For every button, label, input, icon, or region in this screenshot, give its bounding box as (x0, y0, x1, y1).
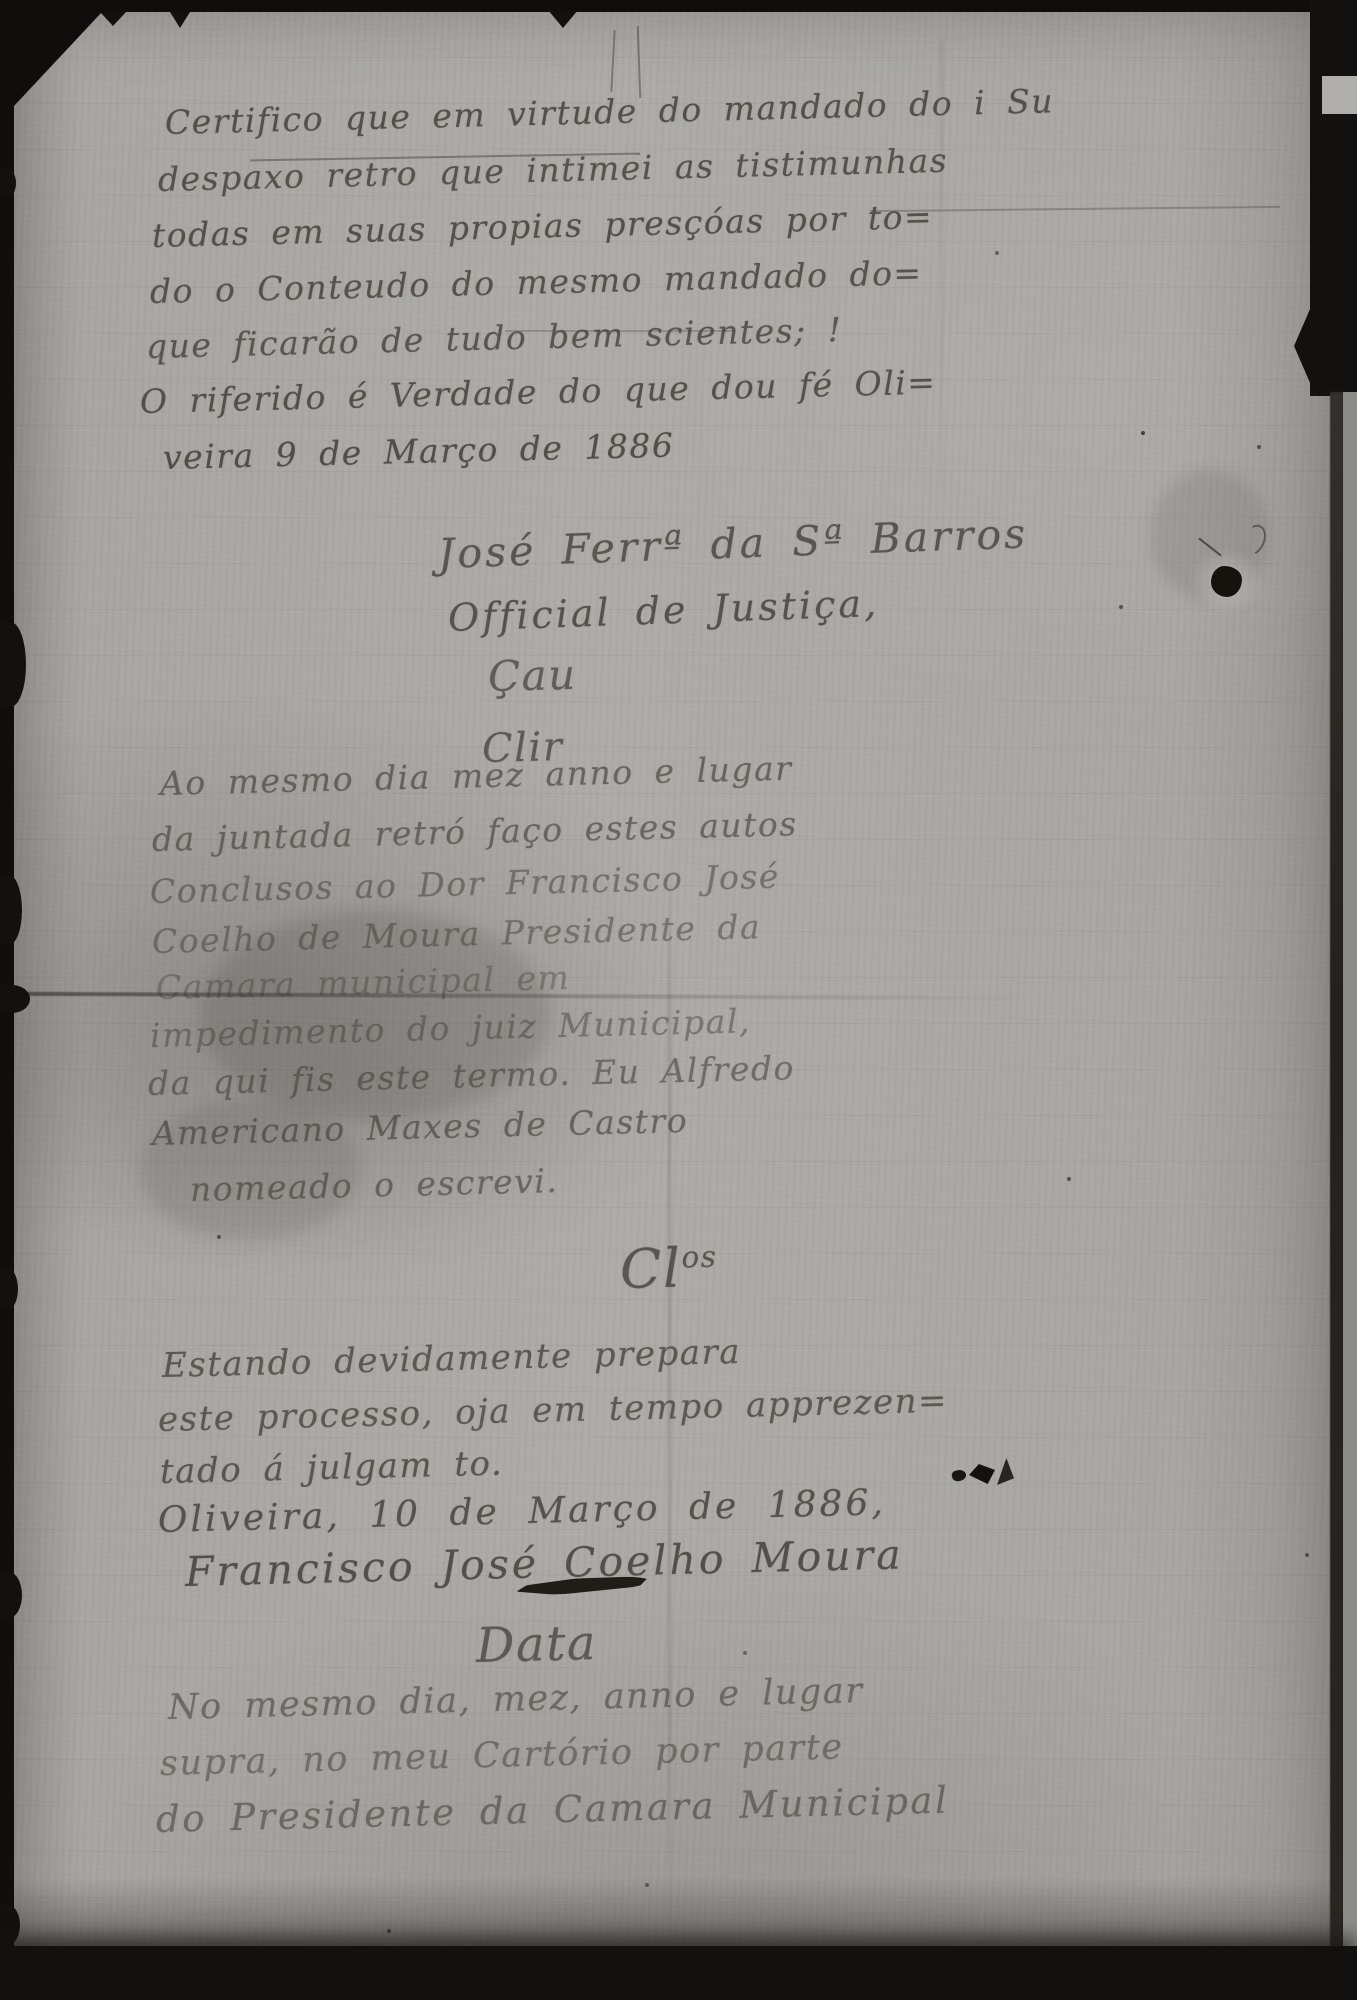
scan-bottom-border (0, 1946, 1357, 2000)
conclusos-heading: Clos (619, 1236, 718, 1301)
heading-text: Cl (619, 1237, 682, 1301)
scan-background: Certifico que em virtude do mandado do i… (0, 0, 1357, 2000)
dust-specks (0, 0, 2, 2)
page-fold-edge (1330, 392, 1343, 1952)
rubric-flourish: Çau (487, 650, 577, 701)
heading-superscript: os (681, 1240, 718, 1276)
data-heading: Data (475, 1615, 597, 1674)
torn-left-edge (0, 168, 16, 198)
manuscript-line: tado á julgam to. (160, 1444, 504, 1492)
adjacent-page-sliver (1343, 392, 1357, 1952)
right-border-top (1310, 0, 1357, 396)
adjacent-page-fragment (1322, 76, 1357, 114)
